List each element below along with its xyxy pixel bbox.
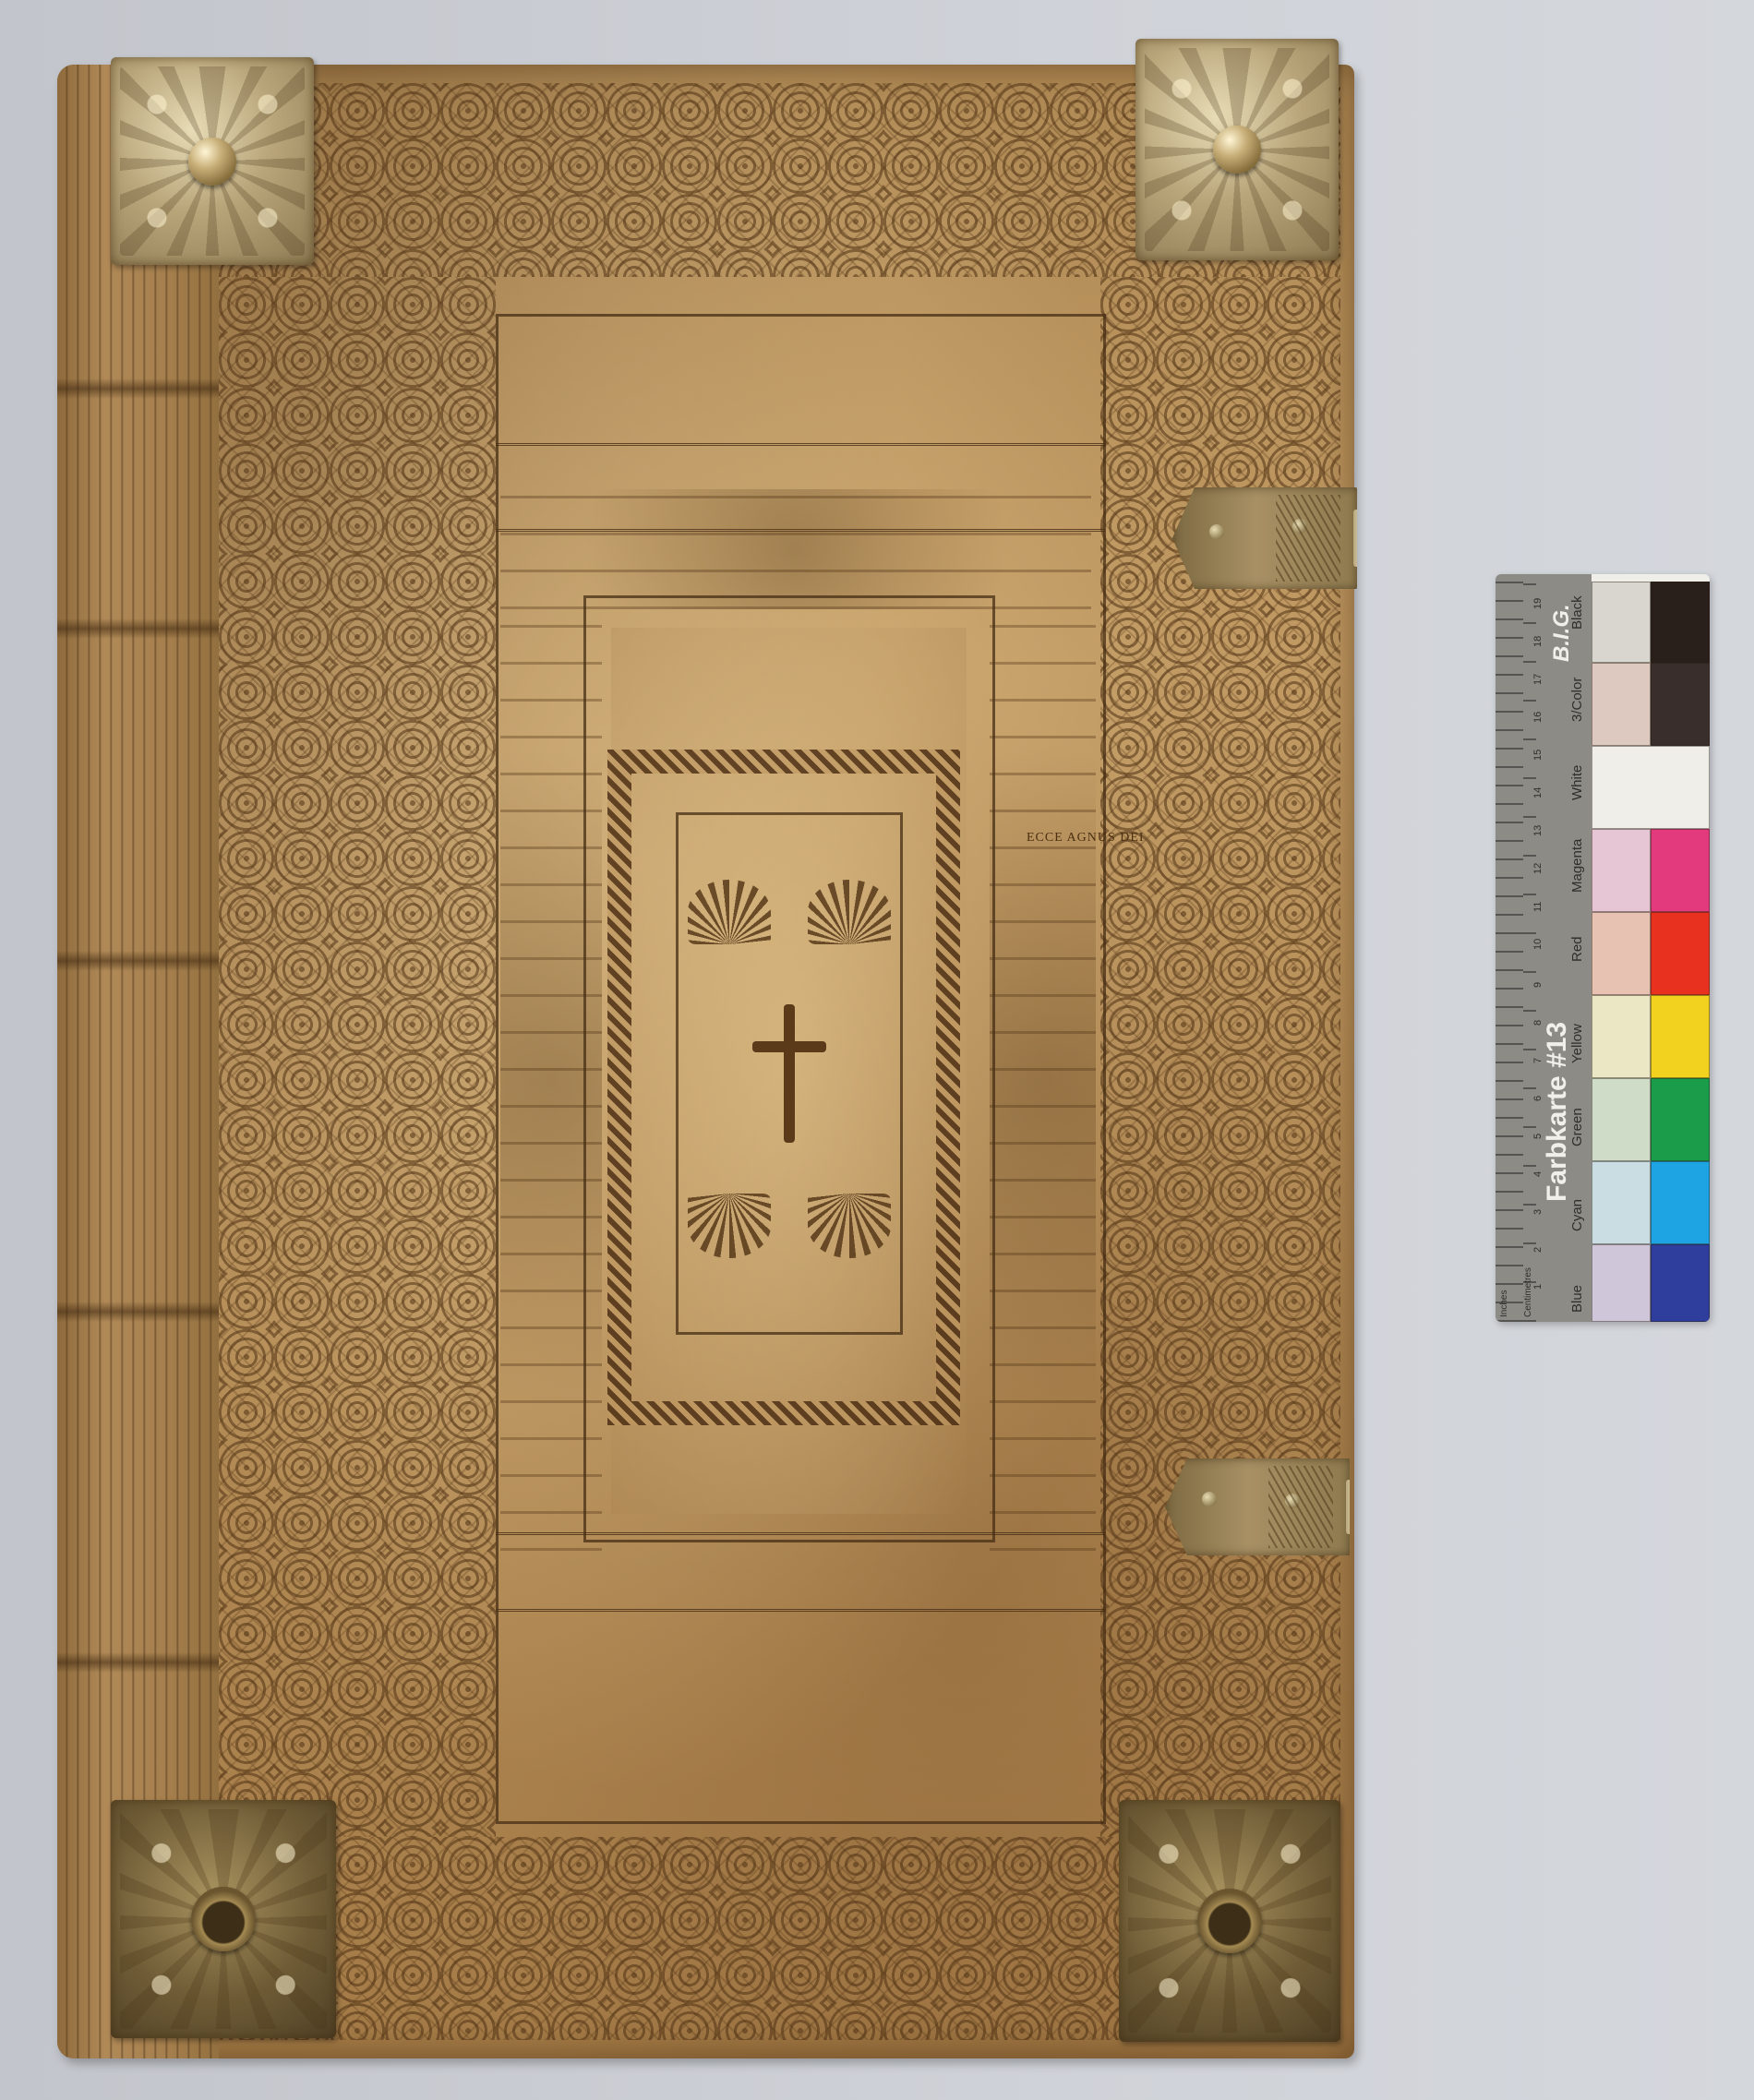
swatch-white	[1592, 746, 1710, 829]
corner-fitting-bottom-right	[1119, 1800, 1340, 2042]
raised-band	[57, 1302, 219, 1322]
centimetres-label: Centimetres	[1523, 1267, 1533, 1317]
boss-icon	[191, 1887, 256, 1951]
chart-title: Farbkarte #13	[1542, 1022, 1573, 1202]
swatch-red-light	[1592, 912, 1651, 995]
corner-fitting-bottom-left	[111, 1800, 336, 2038]
patch-label-3color: 3/Color	[1569, 678, 1585, 722]
ruler-strip: Inches Centimetres Farbkarte #13 B.I.G. …	[1496, 574, 1592, 1322]
patch-label-blue: Blue	[1569, 1285, 1585, 1313]
cm-tick-label: 10	[1532, 939, 1544, 950]
palmette-ornament	[808, 1194, 891, 1258]
raised-band	[57, 1652, 219, 1673]
swatch-black	[1651, 582, 1710, 663]
spine-edge	[57, 65, 219, 2058]
raised-band	[57, 951, 219, 971]
cm-tick-label: 14	[1532, 787, 1544, 798]
raised-band	[57, 618, 219, 639]
raised-band	[57, 378, 219, 399]
cm-ticks	[1496, 574, 1523, 1322]
crucifix-icon	[752, 1004, 826, 1143]
roll-border-left	[219, 277, 496, 1837]
patch-label-green: Green	[1569, 1108, 1585, 1146]
patch-label-red: Red	[1569, 936, 1585, 962]
boss-icon	[1197, 1889, 1262, 1953]
swatch-cyan-light	[1592, 1161, 1651, 1244]
patch-label-black: Black	[1569, 595, 1585, 630]
patch-label-yellow: Yellow	[1569, 1024, 1585, 1063]
cm-tick-label: 13	[1532, 825, 1544, 836]
cm-tick-label: 9	[1532, 982, 1544, 988]
patch-label-magenta: Magenta	[1569, 839, 1585, 893]
cm-tick-label: 19	[1532, 598, 1544, 609]
cm-tick-label: 7	[1532, 1058, 1544, 1063]
boss-icon	[1213, 126, 1261, 174]
swatch-green-light	[1592, 1078, 1651, 1161]
cm-tick-label: 15	[1532, 750, 1544, 761]
swatch-cyan	[1651, 1161, 1710, 1244]
palmette-ornament	[688, 1194, 771, 1258]
cm-tick-label: 2	[1532, 1247, 1544, 1253]
boss-icon	[188, 138, 236, 186]
corner-fitting-top-left	[111, 57, 314, 265]
center-frame	[676, 812, 903, 1335]
cm-tick-label: 16	[1532, 712, 1544, 723]
swatch-magenta	[1651, 829, 1710, 912]
cm-tick-label: 1	[1532, 1284, 1544, 1290]
clasp-lower	[1165, 1458, 1350, 1555]
inches-label: Inches	[1499, 1290, 1509, 1317]
cm-tick-label: 12	[1532, 863, 1544, 874]
corner-fitting-top-right	[1135, 39, 1339, 260]
swatch-yellow-light	[1592, 995, 1651, 1078]
palmette-ornament	[688, 880, 771, 944]
cm-tick-label: 17	[1532, 674, 1544, 685]
cm-tick-label: 11	[1532, 902, 1544, 912]
color-reference-chart: Inches Centimetres Farbkarte #13 B.I.G. …	[1496, 574, 1710, 1322]
figural-roll-right	[990, 609, 1096, 1551]
roll-inscription: ECCE AGNUS DEI	[1027, 831, 1145, 846]
cm-tick-label: 3	[1532, 1209, 1544, 1215]
cm-tick-label: 4	[1532, 1171, 1544, 1177]
cm-tick-label: 5	[1532, 1134, 1544, 1139]
swatch-blue-light	[1592, 1244, 1651, 1322]
cm-tick-label: 8	[1532, 1020, 1544, 1026]
swatch-black-light	[1592, 582, 1651, 663]
swatch-green	[1651, 1078, 1710, 1161]
cm-tick-label: 18	[1532, 636, 1544, 647]
patch-label-white: White	[1569, 765, 1585, 800]
swatch-magenta-light	[1592, 829, 1651, 912]
clasp-upper	[1172, 487, 1357, 589]
swatch-3color-light	[1592, 663, 1651, 746]
book-cover: ECCE AGNUS DEI	[57, 65, 1354, 2058]
patch-label-cyan: Cyan	[1569, 1199, 1585, 1231]
figural-roll-top	[500, 489, 1091, 609]
cm-tick-label: 6	[1532, 1096, 1544, 1101]
palmette-ornament	[808, 880, 891, 944]
swatch-3color	[1651, 663, 1710, 746]
swatch-red	[1651, 912, 1710, 995]
swatch-blue	[1651, 1244, 1710, 1322]
swatch-yellow	[1651, 995, 1710, 1078]
